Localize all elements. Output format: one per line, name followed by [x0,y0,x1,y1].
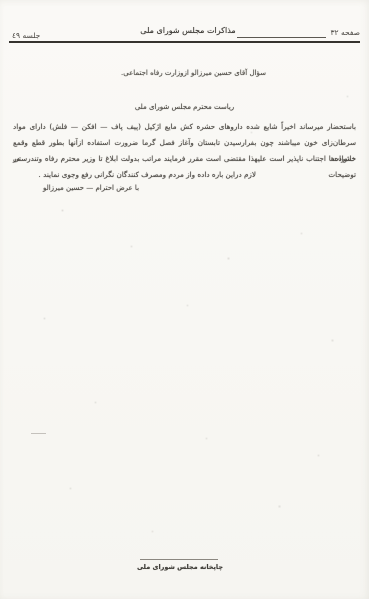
letter-body-line: باستحضار میرساند اخیراً شایع شده داروهای… [13,119,356,135]
page-number-label: صفحه ٣٢ [331,28,360,37]
letter-body-line: خانواده‌ها اجتناب ناپذیر است علیهذا مقتض… [13,151,356,167]
scan-scratch-mark [31,433,46,434]
letter-body-line: لازم دراین باره داده واز مردم ومصرف کنند… [13,167,356,183]
session-number-label: جلسه ٤٩ [12,31,40,40]
footer-rule [140,559,218,560]
header-rule [9,41,360,43]
letter-salutation: ریاست محترم مجلس شورای ملی [0,103,369,111]
letter-subject: سؤال آقای حسین میرزالو ازوزارت رفاه اجتم… [18,69,369,77]
letter-body-line: سرطان‌زای خون میباشند چون بفرارسیدن تابس… [13,135,356,151]
letter-body: باستحضار میرساند اخیراً شایع شده داروهای… [13,119,356,183]
printing-house-label: چاپخانه مجلس شورای ملی [110,563,250,571]
scanned-document-page: صفحه ٣٢ مذاکرات مجلس شورای ملی جلسه ٤٩ س… [0,0,369,599]
header-mid-rule [237,37,326,38]
document-title: مذاکرات مجلس شورای ملی [138,26,238,35]
scan-noise-speckles [0,0,1,1]
letter-signature: با عرض احترام — حسین میرزالو [36,184,146,192]
